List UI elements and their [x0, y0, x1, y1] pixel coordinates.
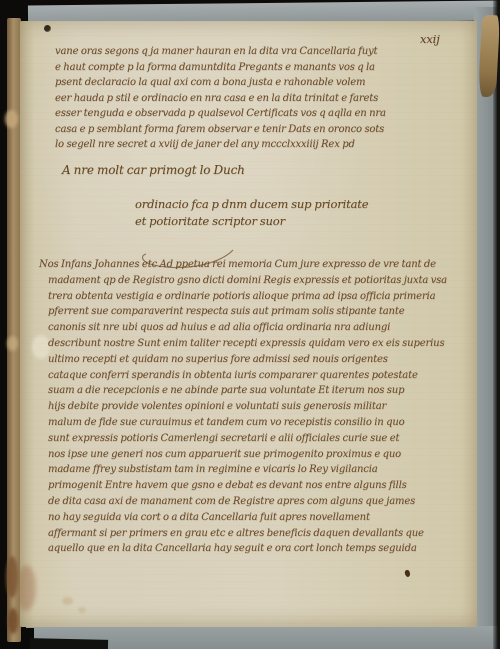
text-line: nos ipse une generi nos cum apparuerit s… [48, 447, 474, 463]
text-line: describunt nostre Sunt enim taliter rece… [48, 336, 474, 352]
text-line: affermant si per primers en grau etc e a… [48, 526, 474, 542]
text-line: lo segell nre secret a xviij de janer de… [55, 137, 455, 153]
address-line: A nre molt car primogt lo Duch [62, 163, 245, 177]
text-line: eer hauda p stil e ordinacio en nra casa… [55, 91, 455, 107]
text-line: casa e p semblant forma farem observar e… [55, 122, 455, 138]
opening-paragraph: vane oras segons q ja maner hauran en la… [55, 44, 455, 153]
text-line: suam a die recepcionis e ne abinde parte… [48, 383, 474, 399]
stain [8, 608, 18, 634]
text-line: pferrent sue comparaverint respecta suis… [48, 304, 474, 320]
text-line: aquello que en la dita Cancellaria hay s… [48, 541, 474, 557]
text-line: psent declaracio la qual axi com a bona … [55, 75, 455, 91]
text-line: ordinacio fca p dnm ducem sup prioritate [135, 196, 368, 213]
stain [62, 597, 73, 605]
book-page-edges [7, 18, 21, 642]
text-line: esser tenguda e observada p qualsevol Ce… [55, 106, 455, 122]
latin-rubric: ordinacio fca p dnm ducem sup prioritate… [135, 196, 368, 230]
text-line: no hay seguida via cort o a dita Cancell… [48, 510, 474, 526]
text-line: canonis sit nre ubi quos ad huius e ad a… [48, 320, 474, 336]
text-line: hijs debite provide volentes opinioni e … [48, 399, 474, 415]
photographed-manuscript: xxij vane oras segons q ja maner hauran … [0, 0, 500, 649]
text-line: cataque conferri sperandis in obtenta iu… [48, 368, 474, 384]
text-line: sunt expressis potioris Camerlengi secre… [48, 431, 474, 447]
text-line: madame ffrey substistam tam in regimine … [48, 462, 474, 478]
text-line: madament qp de Registro gsno dicti domin… [48, 273, 474, 289]
wormhole [44, 25, 51, 32]
photo-shadow-wedge [30, 638, 108, 649]
photo-edge-right [493, 0, 500, 649]
stain [78, 607, 86, 613]
text-line: vane oras segons q ja maner hauran en la… [55, 44, 455, 60]
text-line: e haut compte p la forma damuntdita Preg… [55, 60, 455, 76]
stain [20, 565, 36, 611]
stain [6, 556, 18, 598]
text-line: Nos Infans Johannes etc Ad ppetua rei me… [39, 257, 474, 273]
text-line: trera obtenta vestigia e ordinarie potio… [48, 289, 474, 305]
manuscript-page: xxij vane oras segons q ja maner hauran … [20, 21, 477, 627]
stain [5, 110, 18, 128]
ink-blot [404, 569, 411, 577]
text-line: et potioritate scriptor suor [135, 213, 368, 230]
stain [7, 336, 18, 351]
text-line: primogenit Entre havem que gsno e debat … [48, 478, 474, 494]
text-line: malum de fide sue curauimus et tandem cu… [48, 415, 474, 431]
text-line: de dita casa axi de manament com de Regi… [48, 494, 474, 510]
text-line: ultimo recepti et quidam no superius for… [48, 352, 474, 368]
ordinance-paragraph: Nos Infans Johannes etc Ad ppetua rei me… [48, 257, 474, 557]
